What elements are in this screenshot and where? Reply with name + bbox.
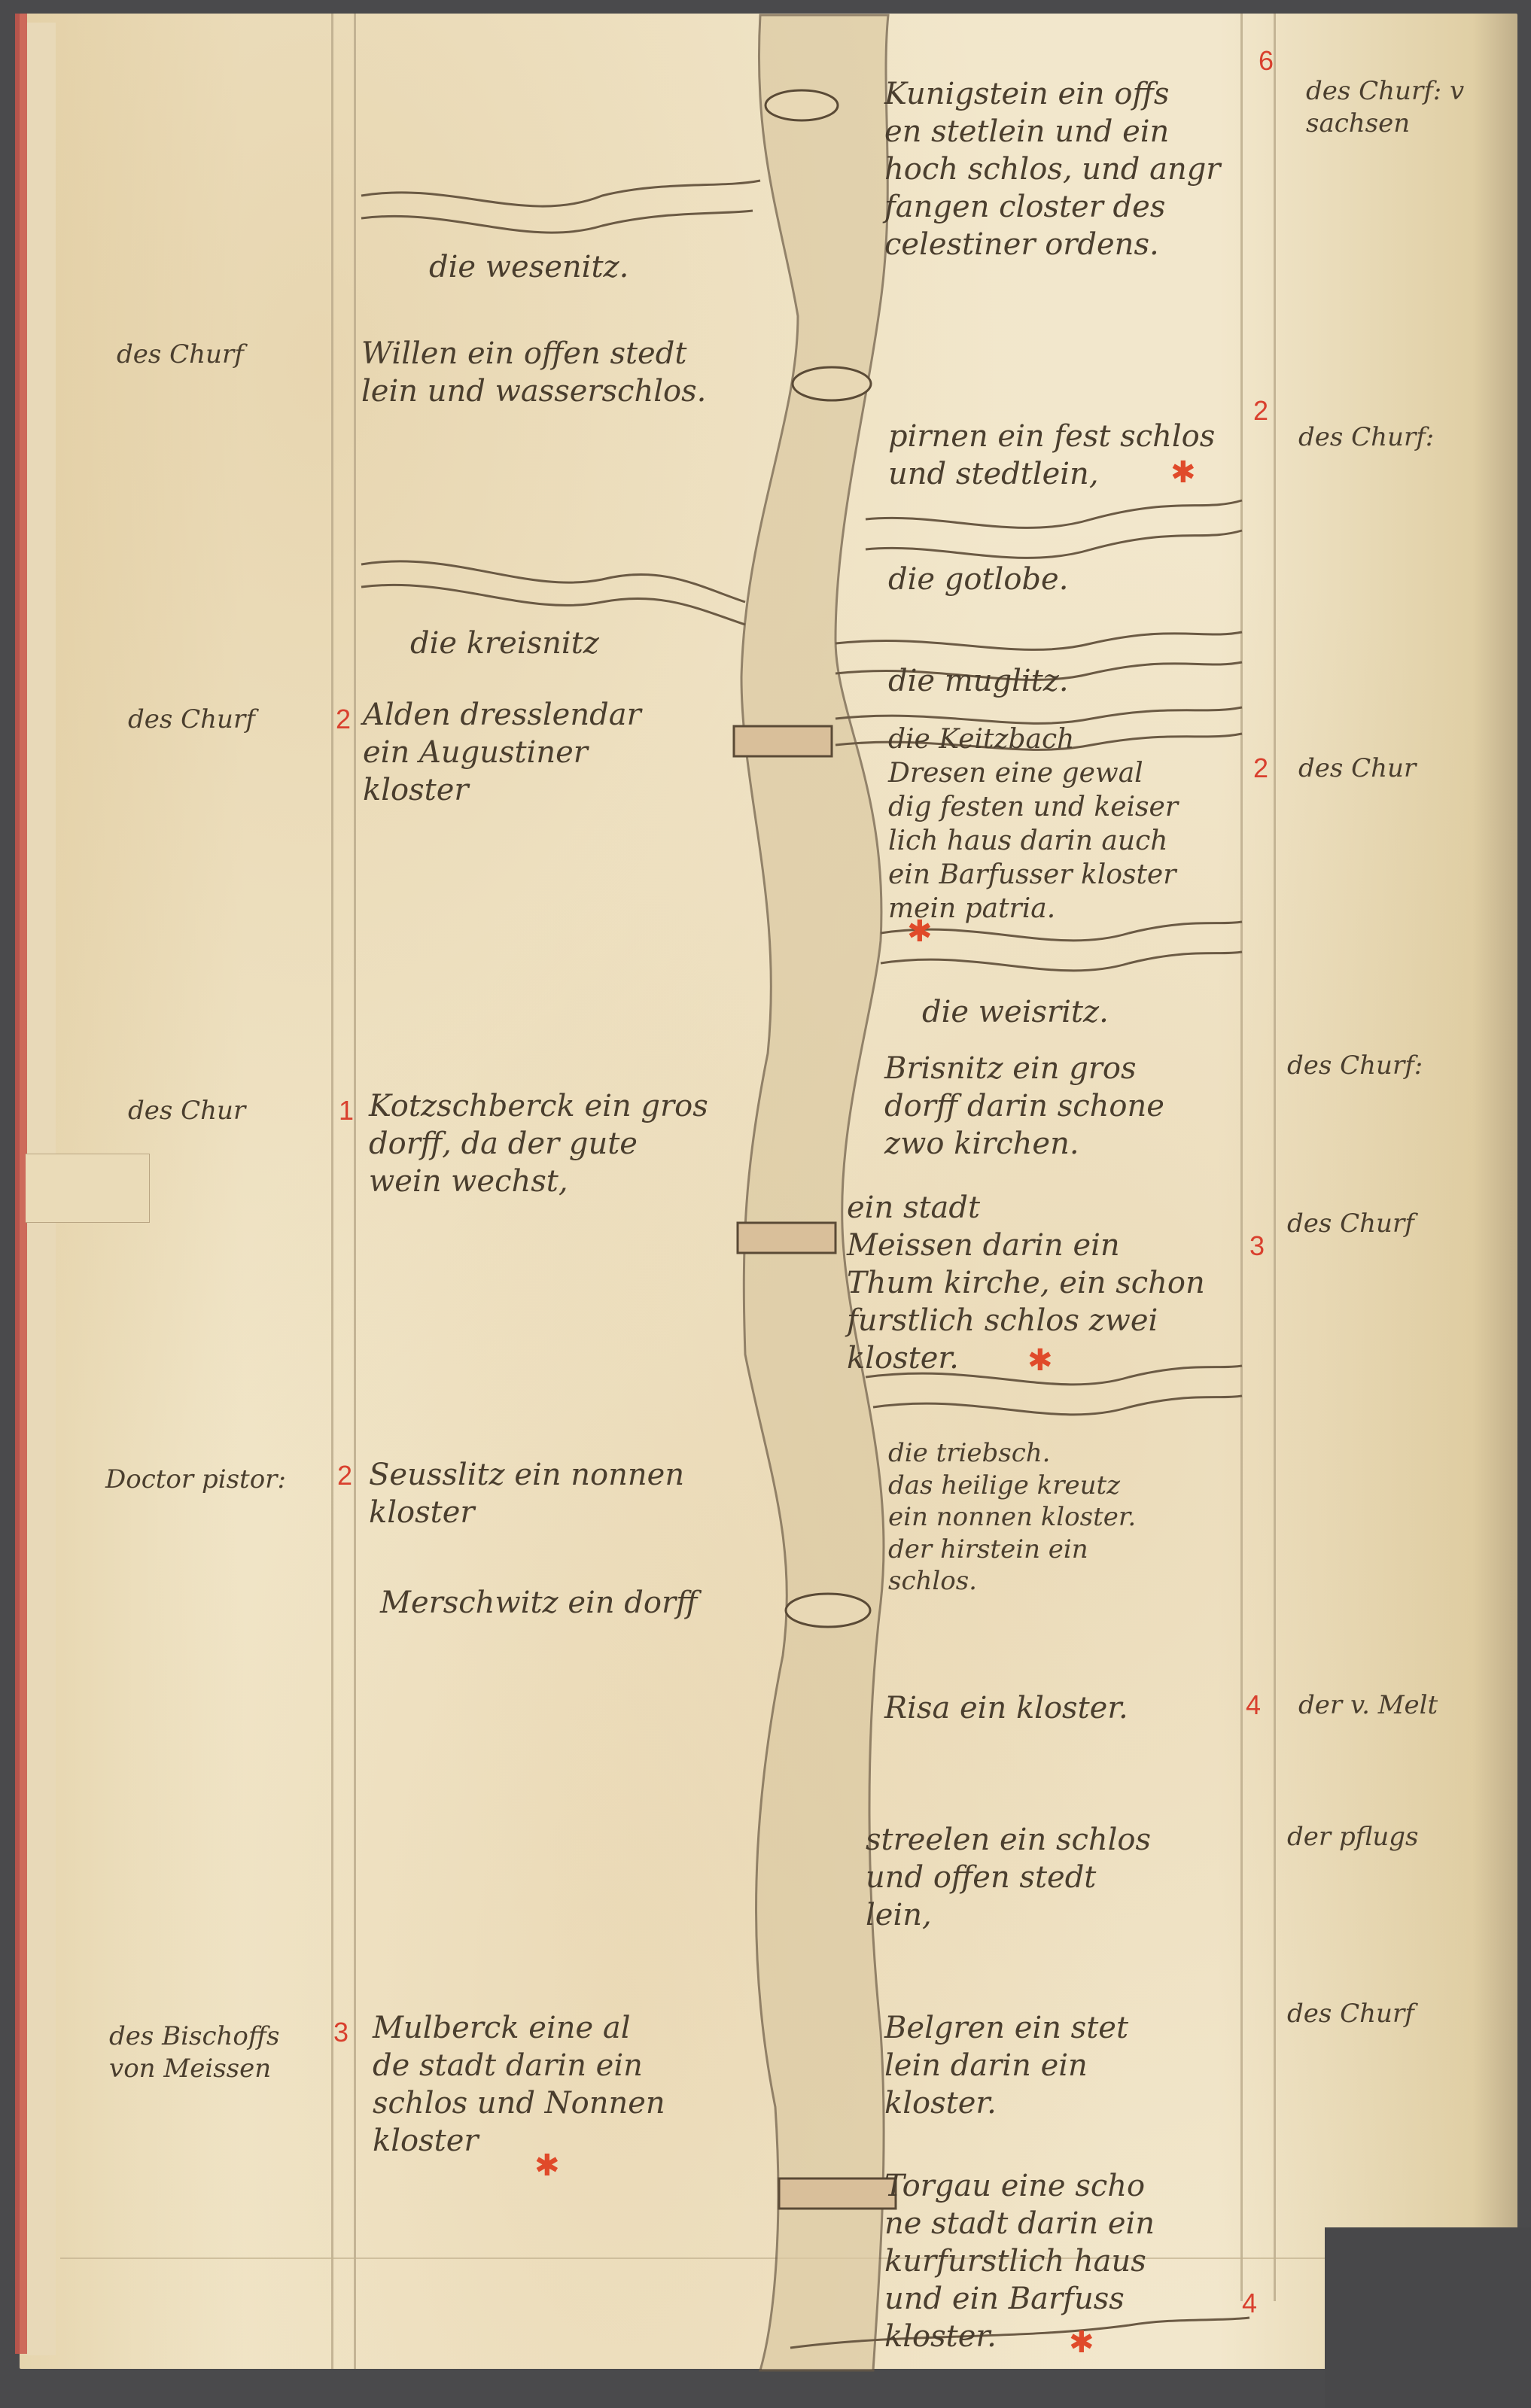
- place-heiligkreuz: die triebsch. das heilige kreutz ein non…: [888, 1437, 1136, 1598]
- count-mark: 2: [1253, 752, 1268, 784]
- place-torgau: Torgau eine scho ne stadt darin ein kurf…: [884, 2167, 1155, 2355]
- owner-seusslitz: Doctor pistor:: [105, 1464, 286, 1496]
- count-mark: 4: [1242, 2288, 1257, 2319]
- owner-konigstein: des Churf: v sachsen: [1306, 75, 1464, 139]
- place-dresden: die Keitzbach Dresen eine gewal dig fest…: [888, 722, 1178, 926]
- count-mark: 2: [337, 1460, 352, 1491]
- owner-strehla: der pflugs: [1287, 1821, 1419, 1853]
- owner-briesnitz: des Churf:: [1287, 1050, 1423, 1082]
- place-altendresden: Alden dresslendar ein Augustiner kloster: [363, 696, 641, 809]
- place-meissen: ein stadt Meissen darin ein Thum kirche,…: [847, 1189, 1205, 1377]
- owner-dresden: des Chur: [1298, 752, 1416, 785]
- river-kreischa: die kreisnitz: [410, 625, 599, 662]
- count-mark: 4: [1246, 1689, 1261, 1721]
- place-riesa: Risa ein kloster.: [884, 1689, 1128, 1727]
- river-weisseritz: die weisritz.: [922, 993, 1109, 1031]
- red-star-mark: ✱: [534, 2148, 560, 2183]
- place-kotzschenbroda: Kotzschberck ein gros dorff, da der gute…: [369, 1087, 708, 1200]
- river-gottleuba: die gotlobe.: [888, 561, 1068, 598]
- count-mark: 1: [339, 1095, 354, 1126]
- owner-belgern: des Churf: [1287, 1998, 1414, 2030]
- owner-altendresden: des Churf: [128, 704, 255, 736]
- count-mark: 3: [1249, 1230, 1265, 1262]
- place-briesnitz: Brisnitz ein gros dorff darin schone zwo…: [884, 1050, 1164, 1163]
- red-star-mark: ✱: [1069, 2325, 1094, 2360]
- place-pirna: pirnen ein fest schlos und stedtlein,: [888, 418, 1215, 493]
- count-mark: 2: [1253, 395, 1268, 427]
- river-muglitz: die muglitz.: [888, 662, 1069, 700]
- red-star-mark: ✱: [1170, 455, 1196, 490]
- place-seusslitz: Seusslitz ein nonnen kloster: [369, 1456, 684, 1531]
- place-pillnitz: Willen ein offen stedt lein und wassersc…: [361, 335, 706, 410]
- page-number-mark: 6: [1259, 45, 1274, 77]
- torn-page-corner: [1325, 2227, 1531, 2408]
- count-mark: 2: [336, 704, 351, 735]
- owner-pirna: des Churf:: [1298, 421, 1434, 454]
- river-wesenitz: die wesenitz.: [429, 248, 629, 286]
- place-merschwitz: Merschwitz ein dorff: [380, 1584, 697, 1622]
- owner-riesa: der v. Melt: [1298, 1689, 1438, 1722]
- place-belgern: Belgren ein stet lein darin ein kloster.: [884, 2009, 1128, 2122]
- place-konigstein: Kunigstein ein offs en stetlein und ein …: [884, 75, 1220, 263]
- owner-pillnitz: des Churf: [117, 339, 244, 371]
- owner-muhlberg: des Bischoffs von Meissen: [109, 2020, 279, 2084]
- red-star-mark: ✱: [907, 914, 933, 949]
- owner-meissen: des Churf: [1287, 1208, 1414, 1240]
- count-mark: 3: [333, 2017, 349, 2048]
- red-star-mark: ✱: [1027, 1343, 1053, 1378]
- place-strehla: streelen ein schlos und offen stedt lein…: [866, 1821, 1151, 1934]
- place-muhlberg: Mulberck eine al de stadt darin ein schl…: [373, 2009, 665, 2160]
- owner-kotzschenbroda: des Chur: [128, 1095, 245, 1127]
